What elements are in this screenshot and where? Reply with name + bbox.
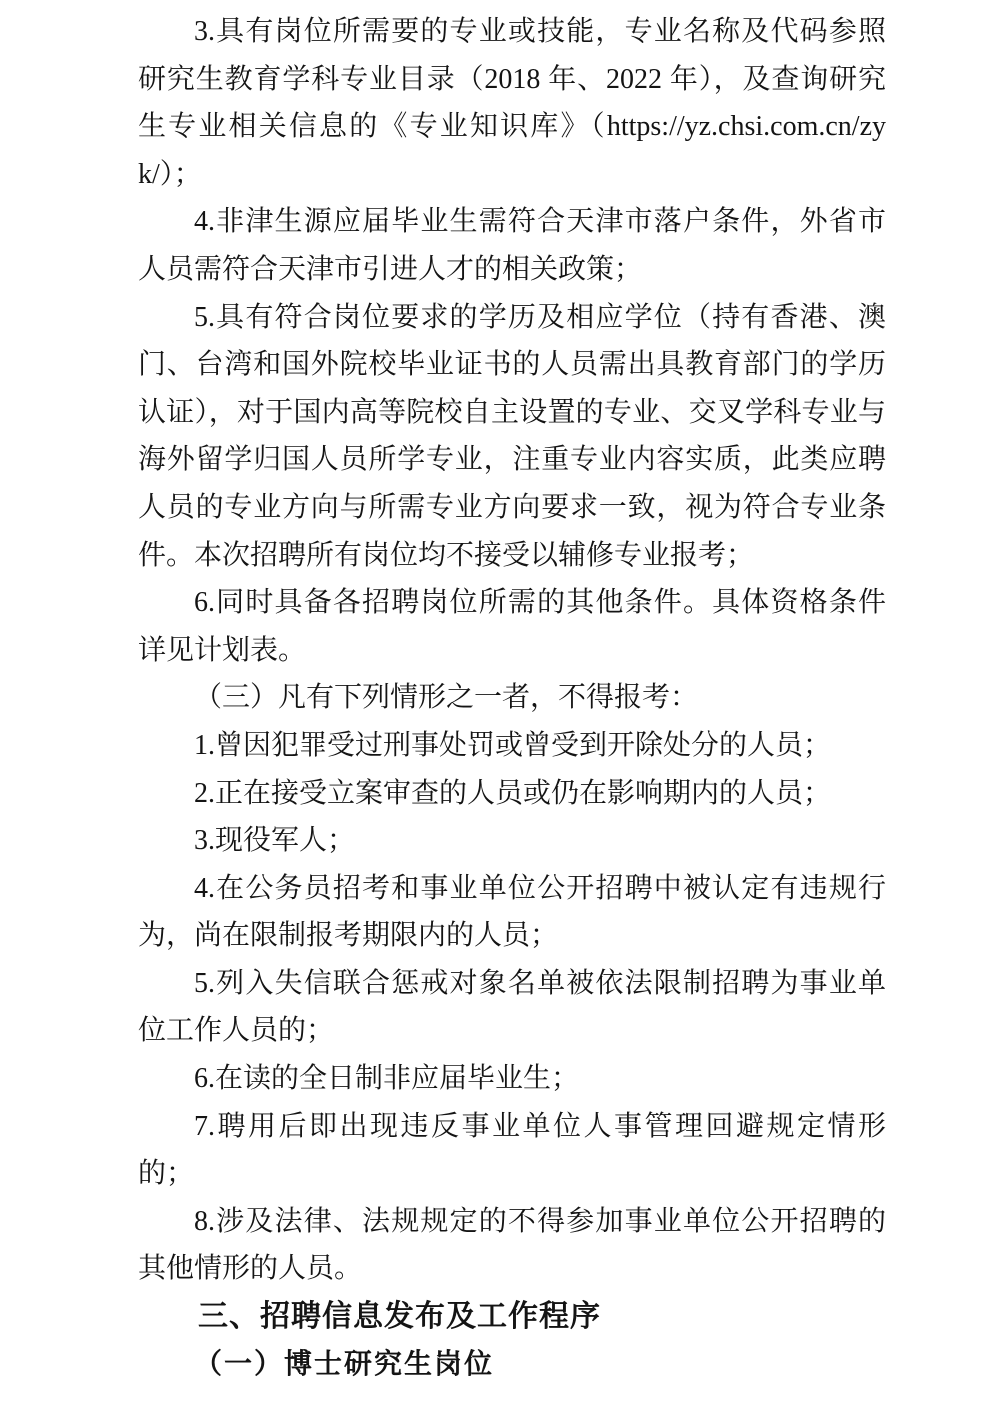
paragraph-8-body: 3.现役军人； xyxy=(138,817,886,865)
paragraph-6-body: 1.曾因犯罪受过刑事处罚或曾受到开除处分的人员； xyxy=(138,722,886,770)
paragraph-1-body: 3.具有岗位所需要的专业或技能，专业名称及代码参照研究生教育学科专业目录（201… xyxy=(138,8,886,198)
paragraph-14-heading: 三、招聘信息发布及工作程序 xyxy=(138,1293,886,1341)
paragraph-4-body: 6.同时具备各招聘岗位所需的其他条件。具体资格条件详见计划表。 xyxy=(138,579,886,674)
paragraph-9-body: 4.在公务员招考和事业单位公开招聘中被认定有违规行为，尚在限制报考期限内的人员； xyxy=(138,865,886,960)
paragraph-7-body: 2.正在接受立案审查的人员或仍在影响期内的人员； xyxy=(138,770,886,818)
paragraph-12-body: 7.聘用后即出现违反事业单位人事管理回避规定情形的； xyxy=(138,1103,886,1198)
paragraph-2-body: 4.非津生源应届毕业生需符合天津市落户条件，外省市人员需符合天津市引进人才的相关… xyxy=(138,198,886,293)
document-text-body: 3.具有岗位所需要的专业或技能，专业名称及代码参照研究生教育学科专业目录（201… xyxy=(138,8,886,1388)
paragraph-10-body: 5.列入失信联合惩戒对象名单被依法限制招聘为事业单位工作人员的； xyxy=(138,960,886,1055)
document-page: 3.具有岗位所需要的专业或技能，专业名称及代码参照研究生教育学科专业目录（201… xyxy=(0,0,1000,1414)
paragraph-13-body: 8.涉及法律、法规规定的不得参加事业单位公开招聘的其他情形的人员。 xyxy=(138,1198,886,1293)
paragraph-15-subheading: （一）博士研究生岗位 xyxy=(138,1341,886,1389)
paragraph-11-body: 6.在读的全日制非应届毕业生； xyxy=(138,1055,886,1103)
paragraph-3-body: 5.具有符合岗位要求的学历及相应学位（持有香港、澳门、台湾和国外院校毕业证书的人… xyxy=(138,294,886,580)
paragraph-5-body: （三）凡有下列情形之一者，不得报考： xyxy=(138,674,886,722)
